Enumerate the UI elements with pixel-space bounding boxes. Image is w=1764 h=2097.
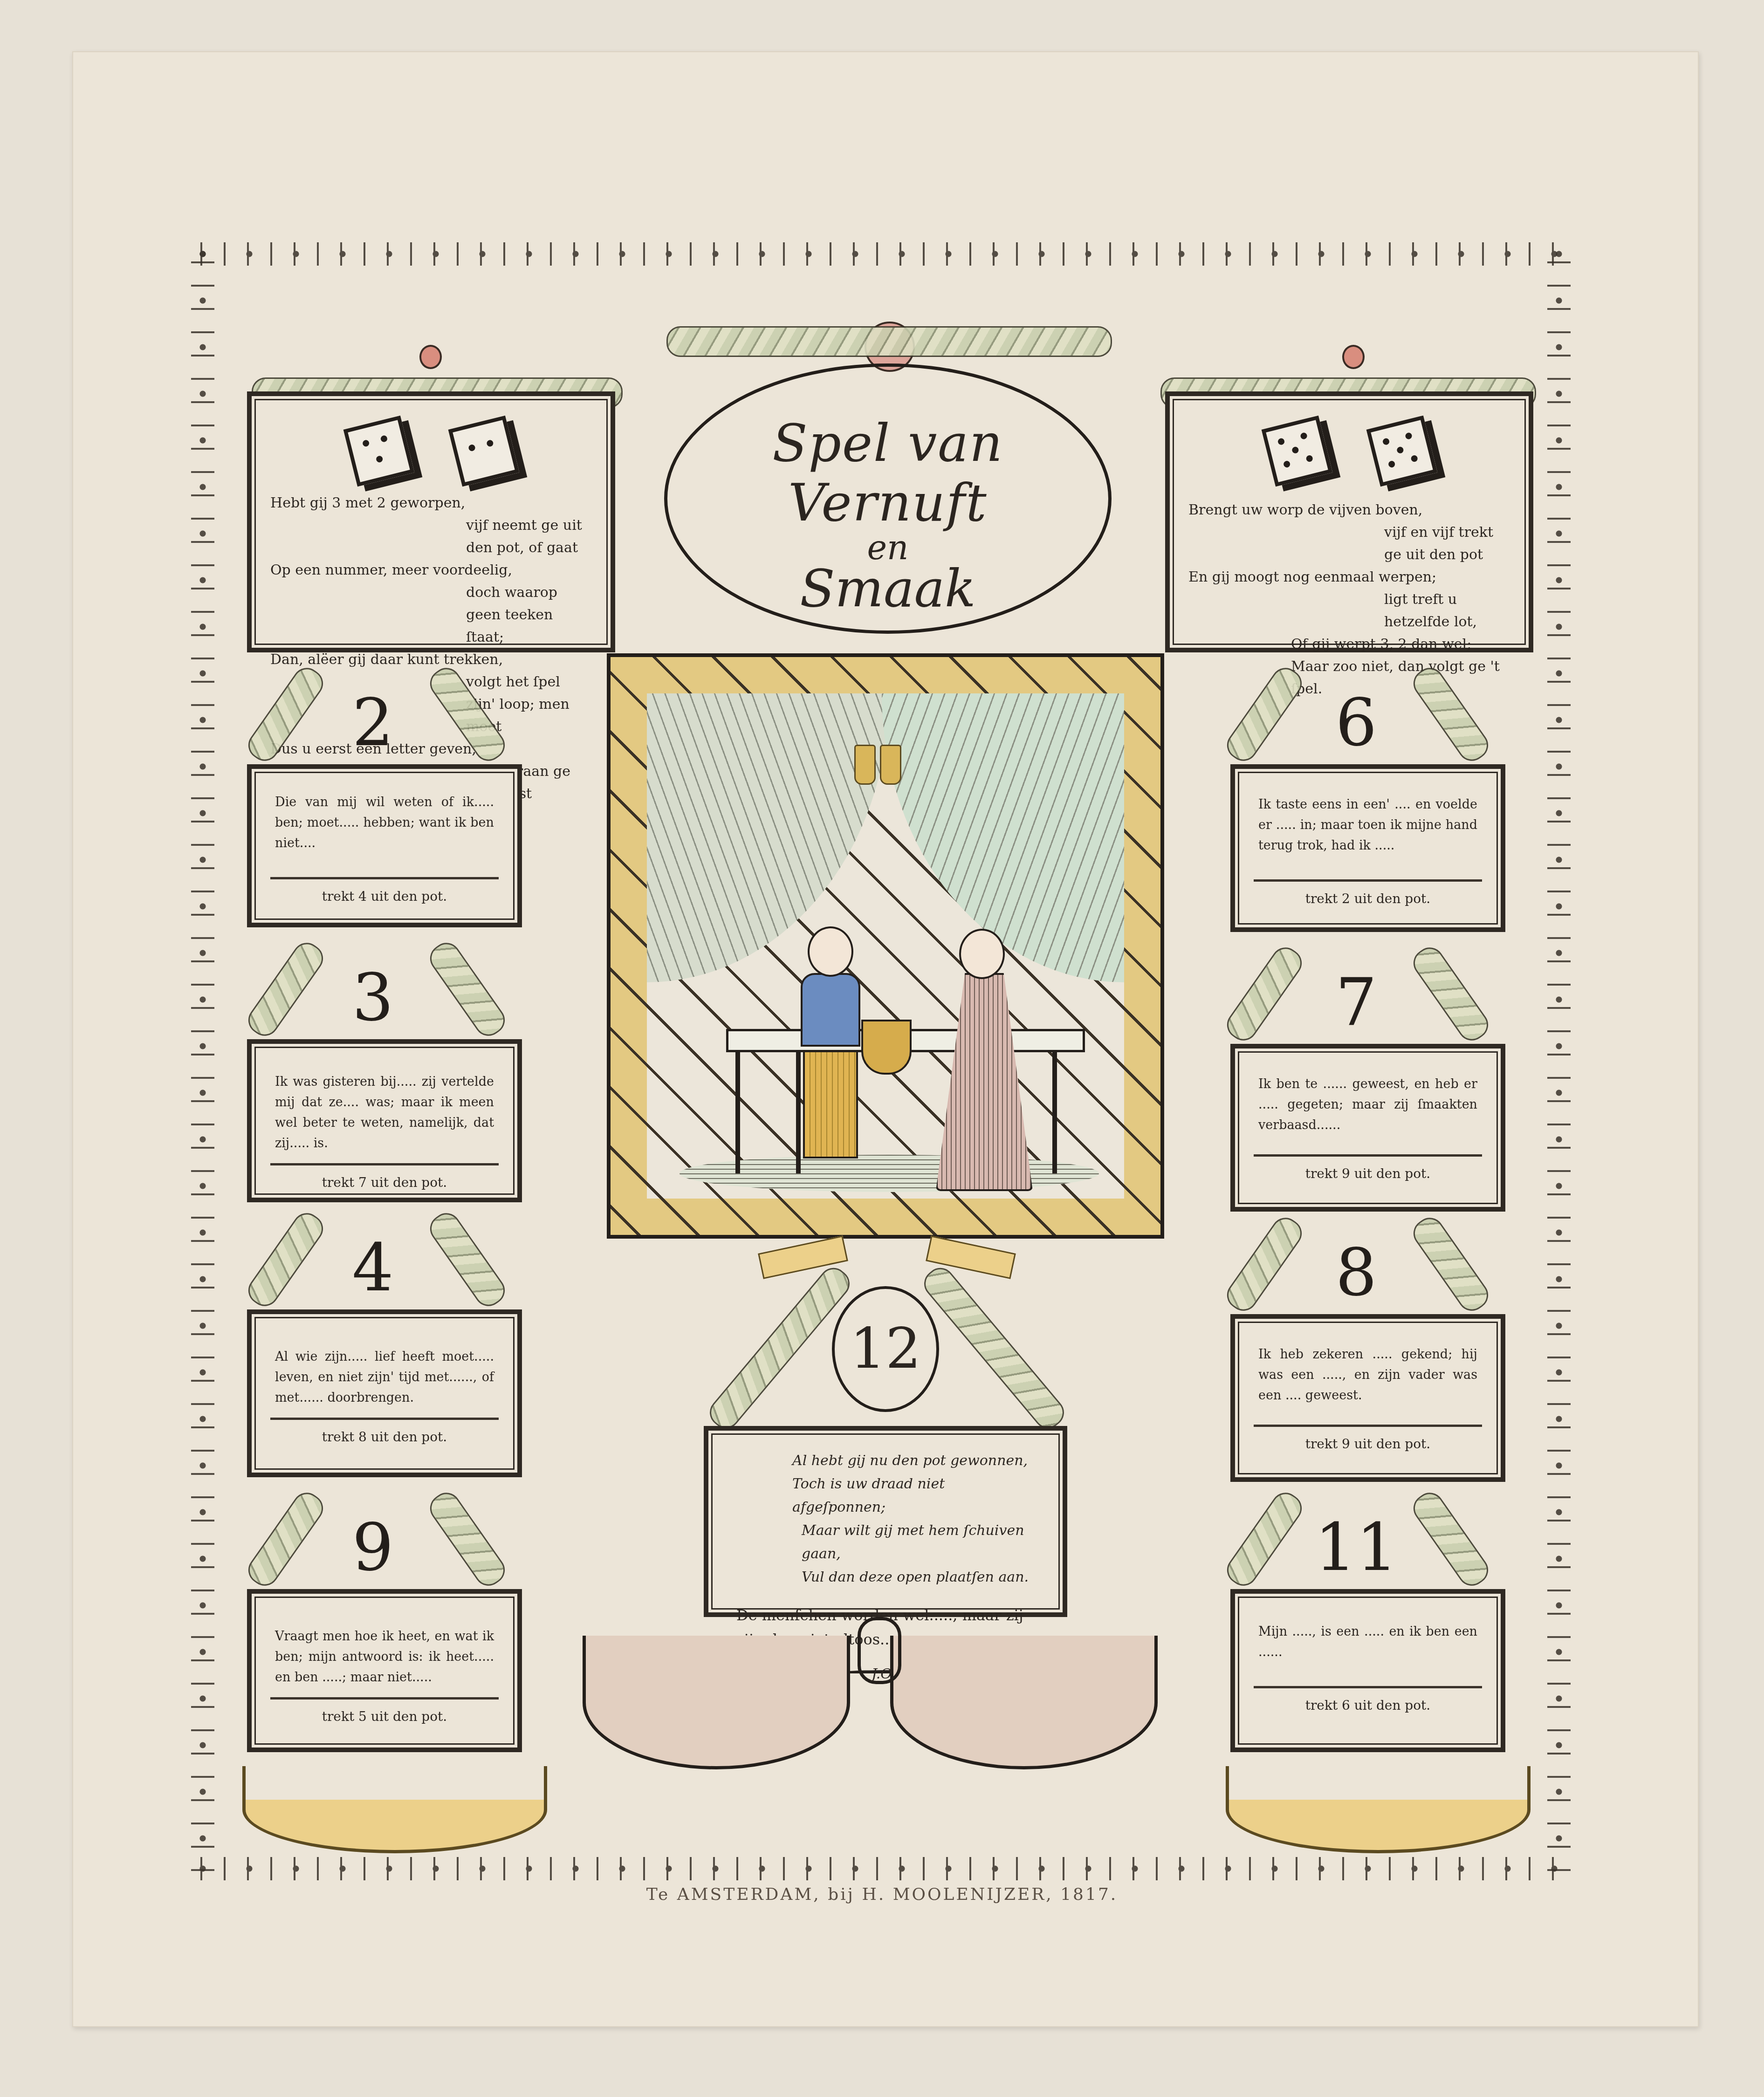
verse-line: Vul dan deze open plaatſen aan. <box>736 1566 1035 1589</box>
draw-instruction: trekt 4 uit den pot. <box>252 889 517 904</box>
verse-line: Al hebt gij nu den pot gewonnen, <box>736 1449 1035 1473</box>
square-12-panel: Al hebt gij nu den pot gewonnen, Toch is… <box>704 1426 1067 1617</box>
riddle-text: Die van mij wil weten of ik..... ben; mo… <box>252 769 517 854</box>
riddle-text: Ik ben te ...... geweest, en heb er ....… <box>1235 1048 1501 1136</box>
draw-instruction: trekt 5 uit den pot. <box>252 1709 517 1724</box>
publisher-imprint: Te AMSTERDAM, bij H. MOOLENIJZER, 1817. <box>0 1885 1764 1904</box>
square-number: 8 <box>1310 1235 1403 1311</box>
ornamental-border-bottom <box>191 1857 1571 1880</box>
riddle-text: Ik was gisteren bij..... zij vertelde mi… <box>252 1044 517 1154</box>
verse-line: ligt treft u hetzelfde lot, <box>1188 589 1510 633</box>
verse-line: Hebt gij 3 met 2 geworpen, <box>270 492 592 514</box>
answer-line <box>1254 1154 1482 1157</box>
square-number: 7 <box>1310 965 1403 1041</box>
verse-line: doch waarop geen teeken ſtaat; <box>270 582 592 649</box>
riddle-text: Ik heb zekeren ..... gekend; hij was een… <box>1235 1319 1501 1406</box>
tassel-icon <box>854 745 876 785</box>
square-number: 3 <box>326 960 419 1036</box>
riddle-text: Vraagt men hoe ik heet, en wat ik ben; m… <box>252 1594 517 1688</box>
square-7-panel: Ik ben te ...... geweest, en heb er ....… <box>1230 1044 1505 1212</box>
tassel-icon <box>880 745 901 785</box>
banner-swag-right <box>890 1636 1158 1769</box>
engraver-signature: J.O. <box>872 1666 896 1682</box>
answer-line <box>1254 879 1482 882</box>
table-leg <box>796 1048 801 1173</box>
illustration-frame <box>611 657 1160 1235</box>
riddle-text: Ik taste eens in een' .... en voelde er … <box>1235 769 1501 856</box>
riddle-text: Mijn ....., is een ..... en ik ben een .… <box>1235 1594 1501 1663</box>
answer-line <box>270 877 499 879</box>
girl-figure <box>936 973 1033 1191</box>
verse-line: Maar wilt gij met hem ſchuiven gaan, <box>736 1519 1035 1566</box>
verse-line: Op een nummer, meer voordeelig, <box>270 559 592 582</box>
ornamental-border-left <box>191 242 214 1880</box>
title-line-3: Smaak <box>667 559 1108 618</box>
verse-line: Dus u eerst een letter geven, <box>270 738 592 761</box>
drape-banner: J.O. <box>583 1617 1188 1789</box>
verse-line: vijf neemt ge uit den pot, of gaat <box>270 514 592 559</box>
boy-head <box>808 926 853 977</box>
verse-line: vijf en vijf trekt ge uit den pot <box>1188 521 1510 566</box>
boy-figure-legs <box>803 1048 858 1158</box>
rules-right-panel: Brengt uw worp de vijven boven, vijf en … <box>1165 391 1533 652</box>
die-five-icon <box>1261 416 1332 487</box>
answer-line <box>1254 1425 1482 1427</box>
verse-line: Dan, alëer gij daar kunt trekken, <box>270 649 592 671</box>
ornamental-border-right <box>1547 242 1571 1880</box>
center-verse: Al hebt gij nu den pot gewonnen, Toch is… <box>708 1431 1063 1589</box>
die-three-icon <box>343 416 414 487</box>
table-leg <box>735 1048 740 1173</box>
verse-line: Of gij werpt 3, 2 dan wel; <box>1188 633 1510 656</box>
square-8-panel: Ik heb zekeren ..... gekend; hij was een… <box>1230 1314 1505 1482</box>
knob-icon <box>1342 345 1365 369</box>
knob-icon <box>419 345 442 369</box>
girl-head <box>959 929 1005 979</box>
title-garland <box>666 326 1112 357</box>
square-number: 2 <box>326 685 419 761</box>
square-6-panel: Ik taste eens in een' .... en voelde er … <box>1230 764 1505 932</box>
die-two-icon <box>448 416 519 487</box>
square-number: 6 <box>1310 685 1403 761</box>
rug <box>680 1155 1099 1192</box>
draw-instruction: trekt 7 uit den pot. <box>252 1175 517 1190</box>
draw-instruction: trekt 2 uit den pot. <box>1235 891 1501 906</box>
square-number: 4 <box>326 1230 419 1306</box>
title-cartouche: Spel van Vernuft en Smaak <box>664 363 1112 634</box>
banner-swag-left <box>583 1636 850 1769</box>
square-12-medallion: 12 <box>832 1286 939 1412</box>
square-number: 9 <box>326 1510 419 1586</box>
square-number: 11 <box>1310 1510 1403 1586</box>
draw-instruction: trekt 9 uit den pot. <box>1235 1436 1501 1452</box>
boy-figure <box>801 973 860 1047</box>
ornamental-border-top <box>191 242 1571 266</box>
answer-line <box>1254 1686 1482 1688</box>
draw-instruction: trekt 8 uit den pot. <box>252 1429 517 1445</box>
die-five-icon <box>1366 416 1437 487</box>
curtain-left <box>647 693 889 982</box>
verse-line: Brengt uw worp de vijven boven, <box>1188 499 1510 521</box>
ribbon-swag-left <box>242 1766 547 1853</box>
square-11-panel: Mijn ....., is een ..... en ik ben een .… <box>1230 1589 1505 1752</box>
riddle-text: Al wie zijn..... lief heeft moet..... le… <box>252 1314 517 1408</box>
square-9-panel: Vraagt men hoe ik heet, en wat ik ben; m… <box>247 1589 522 1752</box>
answer-line <box>270 1418 499 1420</box>
verse-line: Toch is uw draad niet afgeſponnen; <box>736 1473 1035 1519</box>
table-leg <box>1052 1048 1057 1173</box>
draw-instruction: trekt 9 uit den pot. <box>1235 1166 1501 1181</box>
answer-line <box>270 1163 499 1165</box>
rules-right-verse: Brengt uw worp de vijven boven, vijf en … <box>1170 499 1529 700</box>
square-3-panel: Ik was gisteren bij..... zij vertelde mi… <box>247 1039 522 1202</box>
curtain-right <box>882 693 1124 982</box>
pot-bag-icon <box>861 1020 912 1075</box>
title-line-1: Spel van Vernuft <box>667 413 1108 533</box>
draw-instruction: trekt 6 uit den pot. <box>1235 1698 1501 1713</box>
ribbon-swag-right <box>1226 1766 1531 1853</box>
verse-line: En gij moogt nog eenmaal werpen; <box>1188 566 1510 589</box>
square-4-panel: Al wie zijn..... lief heeft moet..... le… <box>247 1309 522 1477</box>
square-2-panel: Die van mij wil weten of ik..... ben; mo… <box>247 764 522 927</box>
answer-line <box>270 1697 499 1700</box>
rules-left-panel: Hebt gij 3 met 2 geworpen, vijf neemt ge… <box>247 391 615 652</box>
